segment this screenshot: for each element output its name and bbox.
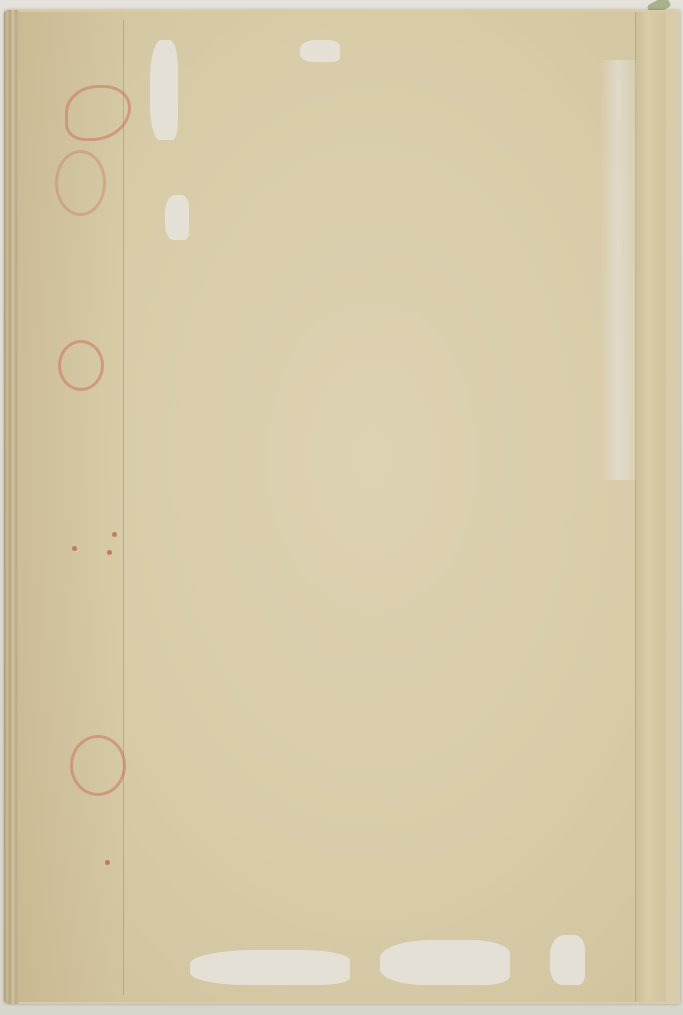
right-paper-abrasion bbox=[600, 60, 636, 480]
paper-abrasion-bottom bbox=[550, 935, 585, 985]
red-script-mark bbox=[70, 735, 126, 796]
red-spot bbox=[107, 550, 112, 555]
red-script-mark bbox=[55, 150, 106, 216]
paper-abrasion-bottom bbox=[380, 940, 510, 985]
red-spot bbox=[112, 532, 117, 537]
red-spot bbox=[105, 860, 110, 865]
red-spot bbox=[72, 546, 77, 551]
red-loop-mark bbox=[58, 340, 104, 391]
margin-fold-line bbox=[123, 20, 124, 995]
right-binding-strip bbox=[635, 12, 666, 1002]
paper-abrasion bbox=[165, 195, 189, 240]
paper-abrasion bbox=[150, 40, 178, 140]
paper-abrasion bbox=[300, 40, 340, 62]
paper-abrasion-bottom bbox=[190, 950, 350, 985]
